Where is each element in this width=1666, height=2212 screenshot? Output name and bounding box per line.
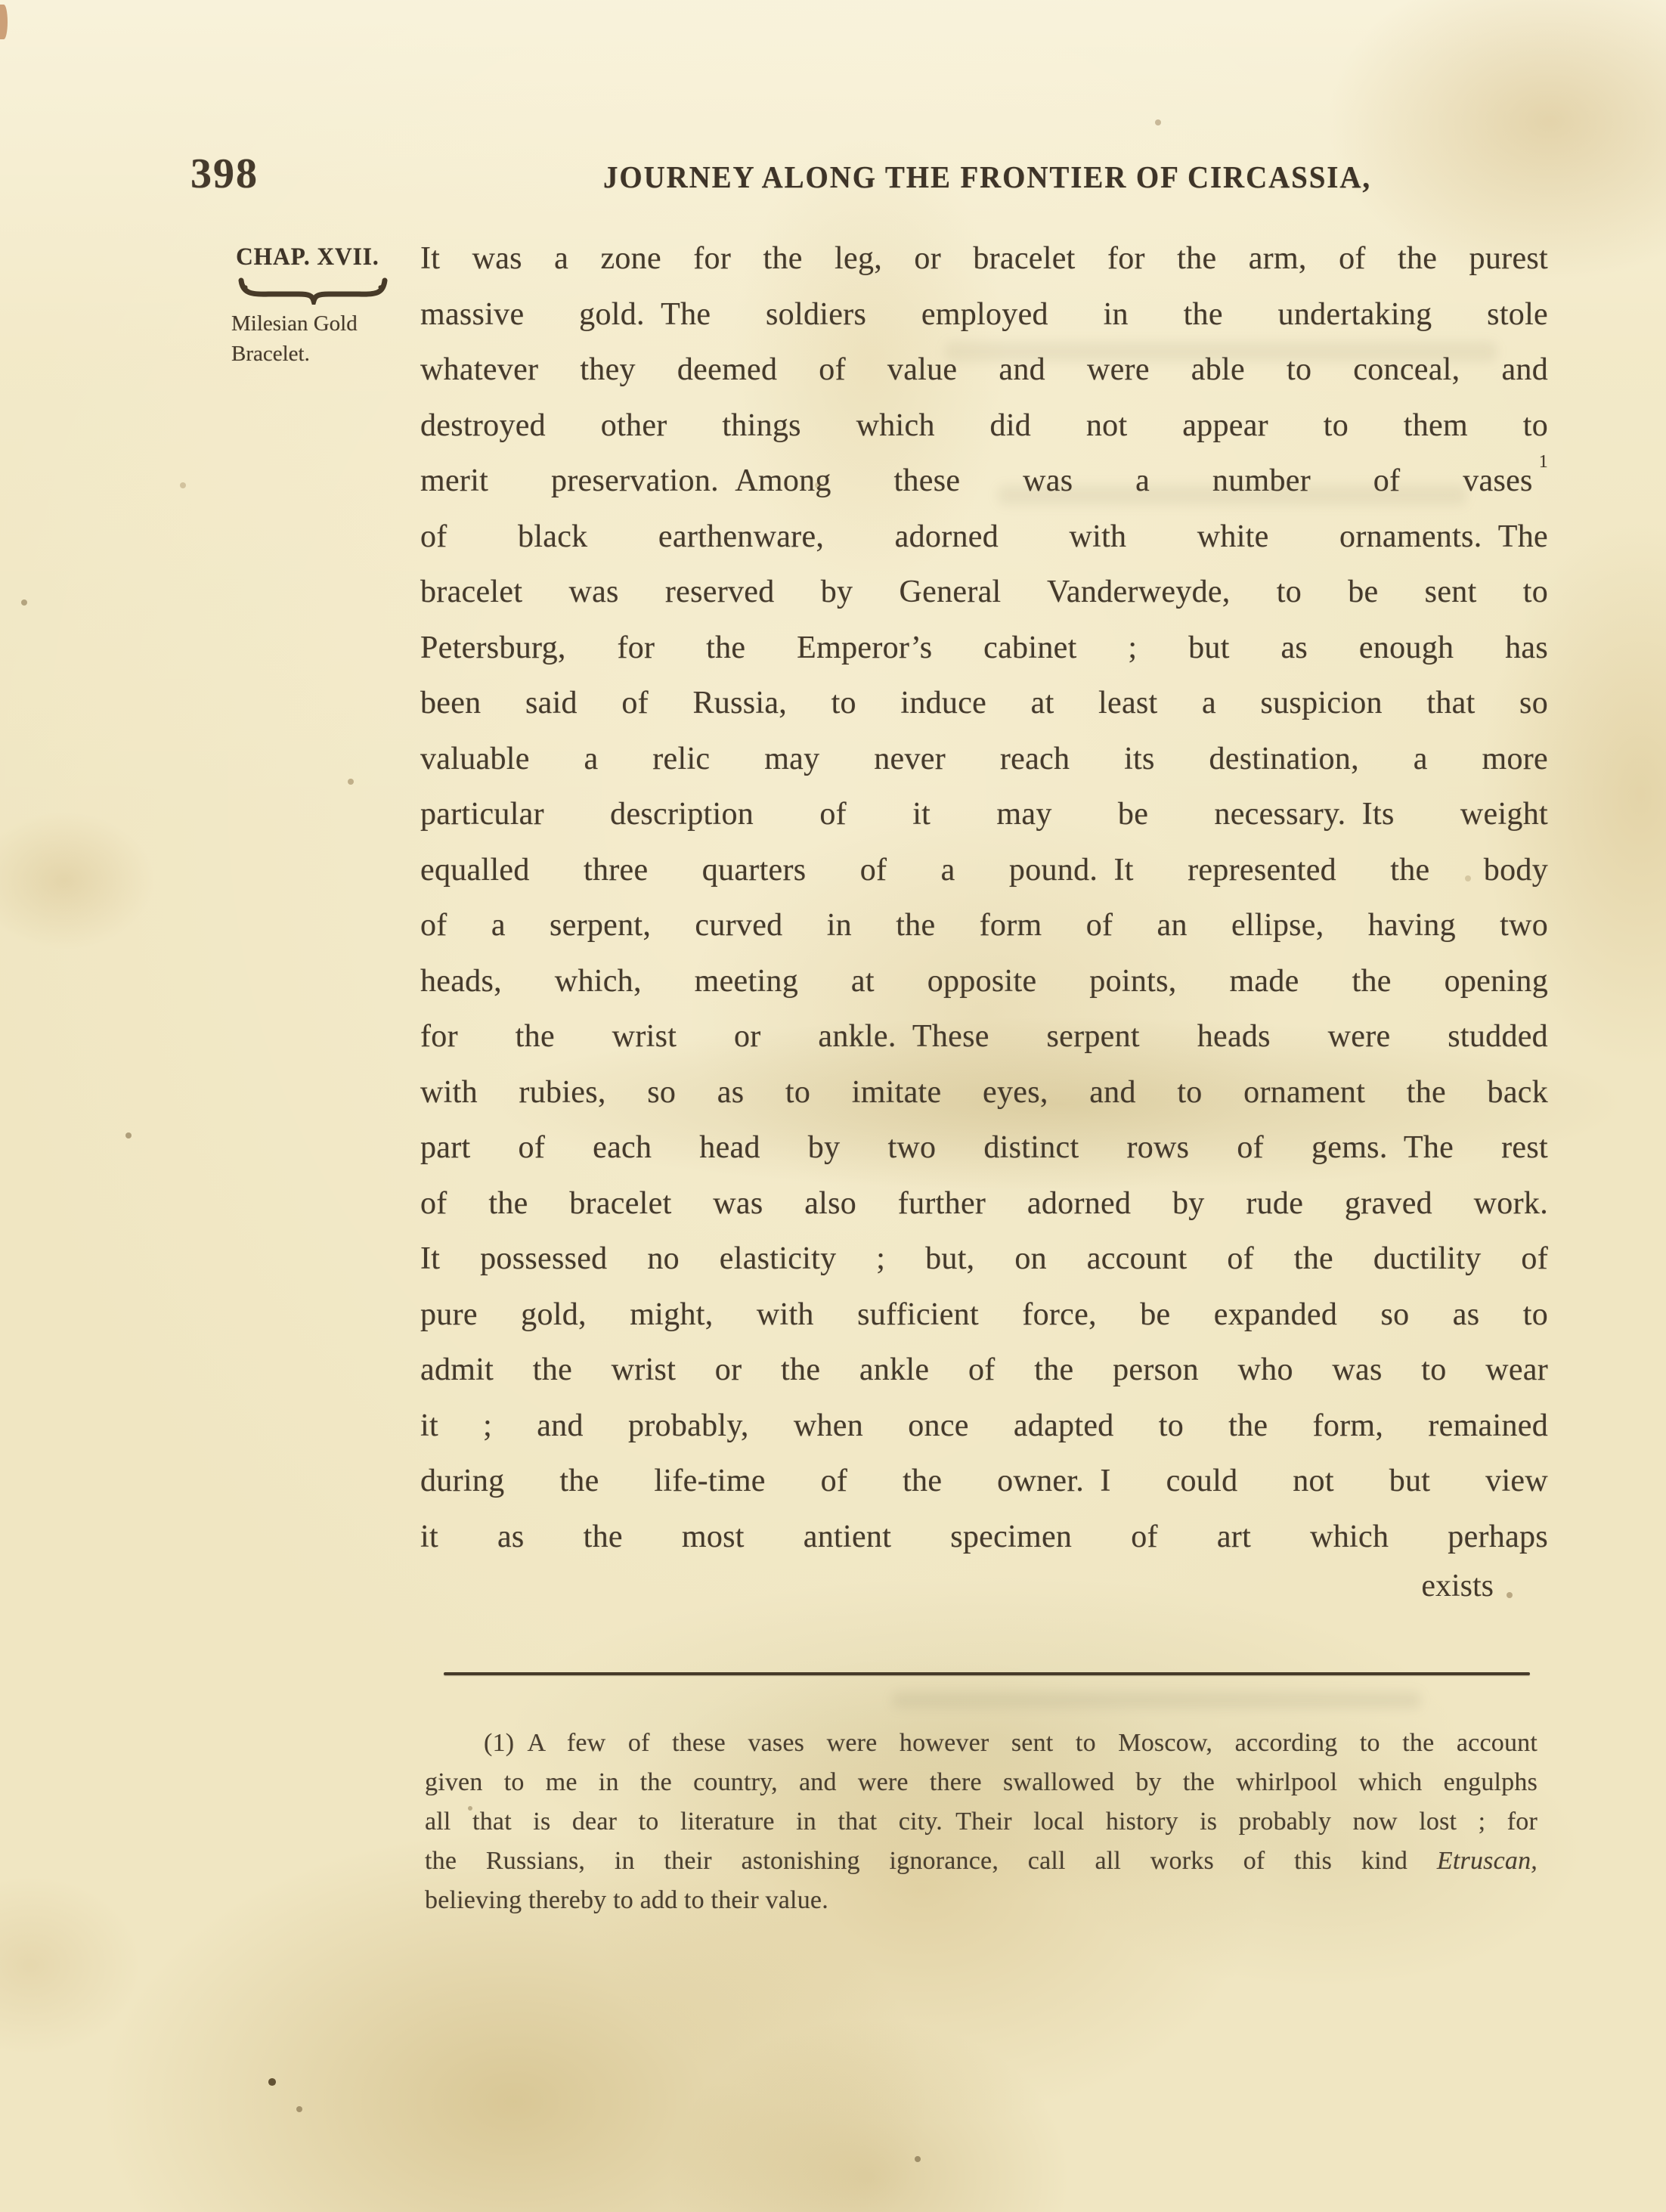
text-segment: Petersburg, for the Emperor’s cabinet ; …	[420, 630, 1548, 665]
body-line: massive gold. The soldiers employed in t…	[420, 287, 1548, 343]
body-line: of black earthenware, adorned with white…	[420, 510, 1548, 565]
text-segment: given to me in the country, and were the…	[425, 1768, 1537, 1796]
margin-note-line: Bracelet.	[231, 339, 405, 369]
page-edge-mark	[0, 5, 8, 39]
text-segment: destroyed other things which did not app…	[420, 408, 1548, 443]
body-line: pure gold, might, with sufficient force,…	[420, 1287, 1548, 1343]
body-line: it ; and probably, when once adapted to …	[420, 1399, 1548, 1455]
body-line: it as the most antient specimen of art w…	[420, 1510, 1548, 1566]
footnote-line: (1) A few of these vases were however se…	[425, 1724, 1537, 1763]
text-segment: valuable a relic may never reach its des…	[420, 742, 1548, 776]
text-segment: all that is dear to literature in that c…	[425, 1808, 1537, 1836]
text-segment: (1) A few of these vases were however se…	[484, 1729, 1537, 1757]
running-head: JOURNEY ALONG THE FRONTIER OF CIRCASSIA,	[449, 159, 1526, 195]
margin-note-line: Milesian Gold	[231, 308, 405, 339]
body-line: of the bracelet was also further adorned…	[420, 1176, 1548, 1232]
text-segment: during the life-time of the owner. I cou…	[420, 1464, 1548, 1498]
chapter-sidenote: CHAP. XVII.	[227, 243, 397, 305]
body-line: valuable a relic may never reach its des…	[420, 732, 1548, 788]
text-segment: It possessed no elasticity ; but, on acc…	[420, 1241, 1548, 1276]
footnote: (1) A few of these vases were however se…	[425, 1724, 1537, 1920]
footnote-line: the Russians, in their astonishing ignor…	[425, 1842, 1537, 1881]
text-segment: equalled three quarters of a pound. It r…	[420, 853, 1548, 888]
body-line: It possessed no elasticity ; but, on acc…	[420, 1231, 1548, 1287]
text-segment: bracelet was reserved by General Vanderw…	[420, 575, 1548, 609]
text-segment: it as the most antient specimen of art w…	[420, 1520, 1548, 1554]
body-line: bracelet was reserved by General Vanderw…	[420, 565, 1548, 621]
catchword: exists	[1421, 1569, 1494, 1603]
text-segment: with rubies, so as to imitate eyes, and …	[420, 1075, 1548, 1110]
body-text: It was a zone for the leg, or bracelet f…	[420, 231, 1548, 1565]
body-line: with rubies, so as to imitate eyes, and …	[420, 1065, 1548, 1121]
body-line: been said of Russia, to induce at least …	[420, 676, 1548, 732]
body-line: of a serpent, curved in the form of an e…	[420, 898, 1548, 954]
text-segment: the Russians, in their astonishing ignor…	[425, 1847, 1437, 1875]
body-line: merit preservation. Among these was a nu…	[420, 454, 1548, 510]
text-segment: believing thereby to add to their value.	[425, 1886, 828, 1914]
body-line: for the wrist or ankle. These serpent he…	[420, 1009, 1548, 1065]
footnote-rule	[444, 1672, 1530, 1675]
margin-note: Milesian Gold Bracelet.	[231, 308, 405, 369]
text-segment: pure gold, might, with sufficient force,…	[420, 1297, 1548, 1332]
body-line: destroyed other things which did not app…	[420, 398, 1548, 454]
footnote-line: all that is dear to literature in that c…	[425, 1802, 1537, 1842]
body-line: part of each head by two distinct rows o…	[420, 1120, 1548, 1176]
body-line: heads, which, meeting at opposite points…	[420, 954, 1548, 1010]
footnote-line: believing thereby to add to their value.	[425, 1881, 1537, 1920]
text-segment: massive gold. The soldiers employed in t…	[420, 297, 1548, 332]
text-segment: It was a zone for the leg, or bracelet f…	[420, 241, 1548, 276]
scanned-book-page: 398 JOURNEY ALONG THE FRONTIER OF CIRCAS…	[0, 0, 1666, 2212]
text-segment: admit the wrist or the ankle of the pers…	[420, 1352, 1548, 1387]
footnote-line: given to me in the country, and were the…	[425, 1763, 1537, 1802]
footnote-reference: 1	[1539, 452, 1548, 472]
body-line: It was a zone for the leg, or bracelet f…	[420, 231, 1548, 287]
body-line: whatever they deemed of value and were a…	[420, 342, 1548, 398]
text-segment: of the bracelet was also further adorned…	[420, 1186, 1548, 1221]
text-segment: been said of Russia, to induce at least …	[420, 686, 1548, 720]
catchword-line: exists	[420, 1559, 1548, 1615]
body-line: Petersburg, for the Emperor’s cabinet ; …	[420, 621, 1548, 677]
text-segment: heads, which, meeting at opposite points…	[420, 964, 1548, 999]
text-segment: of black earthenware, adorned with white…	[420, 519, 1548, 554]
page-number: 398	[190, 150, 259, 198]
text-segment: part of each head by two distinct rows o…	[420, 1130, 1548, 1165]
text-segment: of a serpent, curved in the form of an e…	[420, 908, 1548, 943]
chapter-label: CHAP. XVII.	[227, 243, 389, 271]
body-line: equalled three quarters of a pound. It r…	[420, 843, 1548, 899]
body-line: particular description of it may be nece…	[420, 787, 1548, 843]
showthrough-smudge	[892, 1692, 1421, 1709]
text-segment: for the wrist or ankle. These serpent he…	[420, 1019, 1548, 1054]
text-segment: merit preservation. Among these was a nu…	[420, 463, 1533, 498]
text-segment: particular description of it may be nece…	[420, 797, 1548, 832]
text-segment: whatever they deemed of value and were a…	[420, 352, 1548, 387]
brace-ornament	[237, 274, 388, 305]
body-line: during the life-time of the owner. I cou…	[420, 1454, 1548, 1510]
italic-text: Etruscan,	[1437, 1847, 1537, 1875]
text-segment: it ; and probably, when once adapted to …	[420, 1408, 1548, 1443]
body-line: admit the wrist or the ankle of the pers…	[420, 1343, 1548, 1399]
